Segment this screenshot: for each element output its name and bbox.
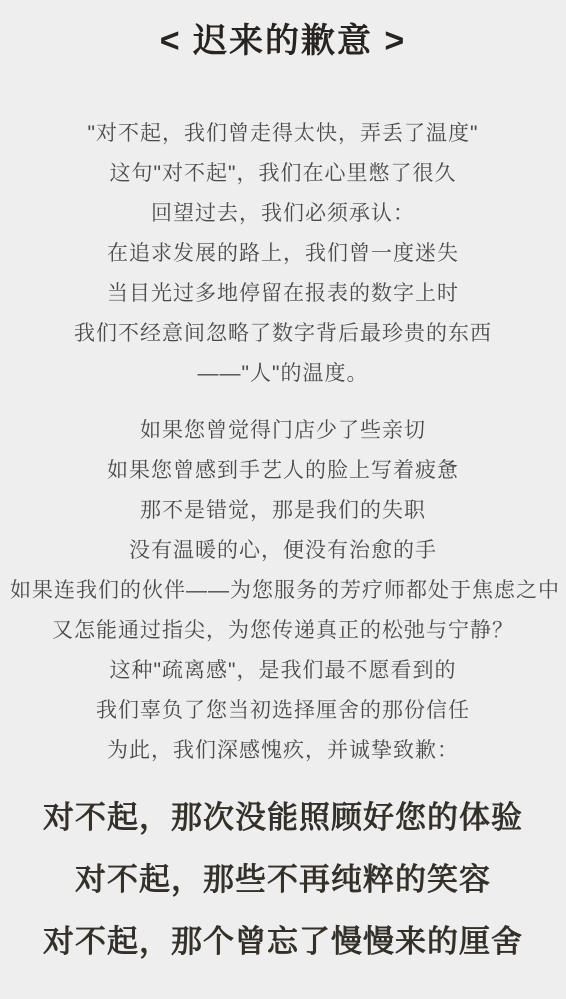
body-line: "对不起，我们曾走得太快，弄丢了温度" [10, 114, 556, 154]
body-line: 没有温暖的心，便没有治愈的手 [10, 531, 556, 571]
apology-paragraph-1: "对不起，我们曾走得太快，弄丢了温度" 这句"对不起"，我们在心里憋了很久 回望… [10, 114, 556, 394]
body-line: 为此，我们深感愧疚，并诚挚致歉： [10, 731, 556, 771]
body-line: 我们辜负了您当初选择厘舍的那份信任 [10, 691, 556, 731]
body-line: 如果您曾觉得门店少了些亲切 [10, 411, 556, 451]
body-line: 我们不经意间忽略了数字背后最珍贵的东西 [10, 314, 556, 354]
poster-title: < 迟来的歉意 > [10, 20, 556, 62]
body-line: 如果您曾感到手艺人的脸上写着疲惫 [10, 451, 556, 491]
apology-paragraph-2: 如果您曾觉得门店少了些亲切 如果您曾感到手艺人的脸上写着疲惫 那不是错觉，那是我… [10, 411, 556, 771]
apology-emphasis-line: 对不起，那次没能照顾好您的体验 [10, 787, 556, 849]
body-line: 回望过去，我们必须承认： [10, 194, 556, 234]
apology-poster: < 迟来的歉意 > "对不起，我们曾走得太快，弄丢了温度" 这句"对不起"，我们… [0, 0, 566, 999]
body-line: ——"人"的温度。 [10, 354, 556, 394]
apology-emphasis-section: 对不起，那次没能照顾好您的体验 对不起，那些不再纯粹的笑容 对不起，那个曾忘了慢… [10, 787, 556, 973]
body-line: 在追求发展的路上，我们曾一度迷失 [10, 234, 556, 274]
body-line: 那不是错觉，那是我们的失职 [10, 491, 556, 531]
apology-emphasis-line: 对不起，那些不再纯粹的笑容 [10, 849, 556, 911]
body-line: 如果连我们的伙伴——为您服务的芳疗师都处于焦虑之中 [10, 571, 556, 611]
body-line: 这种"疏离感"，是我们最不愿看到的 [10, 651, 556, 691]
apology-emphasis-line: 对不起，那个曾忘了慢慢来的厘舍 [10, 911, 556, 973]
body-line: 这句"对不起"，我们在心里憋了很久 [10, 154, 556, 194]
body-line: 又怎能通过指尖，为您传递真正的松弛与宁静？ [10, 611, 556, 651]
body-line: 当目光过多地停留在报表的数字上时 [10, 274, 556, 314]
